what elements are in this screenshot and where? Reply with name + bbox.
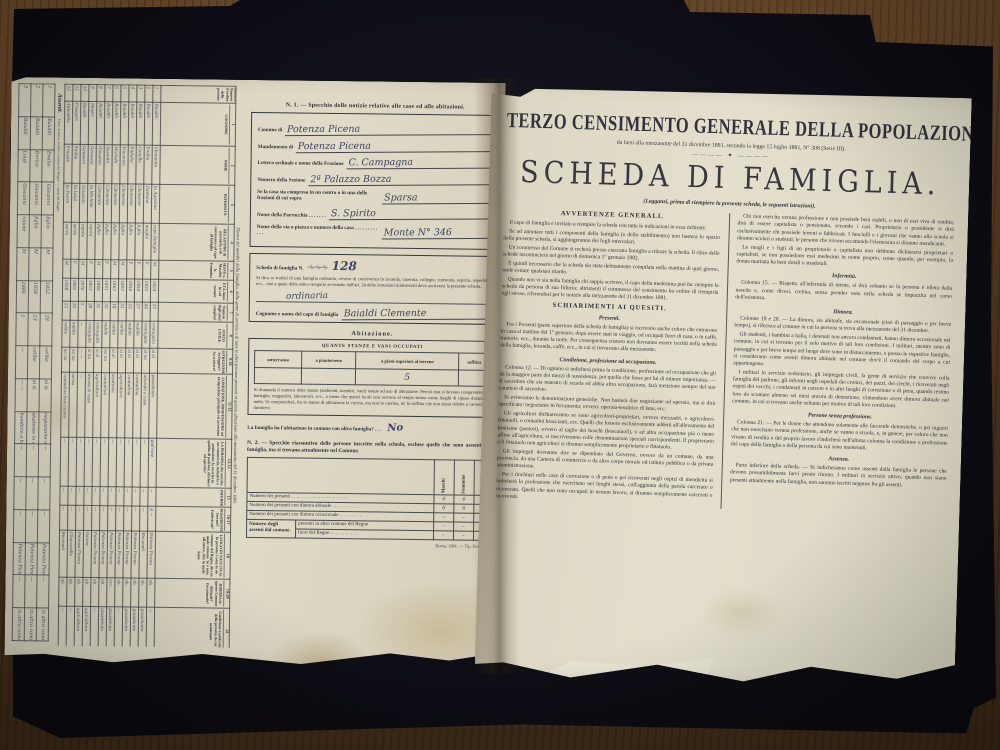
assenti-table: 1BaialdiEmilioGiovannifiglioM185228celib… [12,83,56,641]
census-row: 1BaialdiEmilioGiovannifiglioM185228celib… [36,84,55,641]
field-label: Nome della Parrocchia . . . . . . . [257,212,326,219]
census-row: 7BaialdiAssuntaClementefigliaF185130nubi… [98,85,113,648]
instruction-paragraph: Per i rinchiusi nelle case di correzione… [496,471,713,506]
instructions-right-column: Chi non esercita veruna professione e no… [720,213,954,515]
form-field: Comune diPotenza Picena [258,123,492,136]
instruction-paragraph: Gli impiegati dovranno dire se dipendono… [497,448,714,476]
instruction-paragraph: Il capo di famiglia è invitato a riempir… [504,219,721,233]
instruction-paragraph: Se ad annotare tutti i componenti della … [503,228,720,249]
census-row: 10BaialdiGennaroGiovanninipoteM18765—— —… [74,84,89,647]
n2-heading: N. 2. — Specchio riassuntivo delle perso… [247,440,495,457]
field-handwritten-value: C. Campagna [347,158,492,169]
n2-row: Numero dei presenti con dimora occasiona… [247,510,494,522]
census-header-row: Numero d'ordine delle persone1COGNOME2NO… [154,85,236,647]
scheda-struck-handwriting: ∿∿∿ [308,263,328,272]
n1-heading: N. 1. — Specchio delle notizie relative … [251,102,499,111]
census-row: 2BaialdiEmiliaGaetanomoglieF183546coniug… [138,85,153,648]
n2-header-row: Maschi Femmine Totale [247,457,494,495]
abitazione-box: QUANTE STANZE E VANI OCCUPATI sotterrane… [247,338,496,418]
field-handwritten-value: Potenza Picena [296,141,492,153]
form-field: Mandamento diPotenza Picena [258,140,492,153]
census-column-header: 7Numero degli anni compiuti [158,302,233,322]
form-field: Se la casa sia compresa in un centro o i… [257,189,491,204]
instruction-paragraph: Quando non vi sia nella famiglia chi sap… [502,276,719,304]
scheda-di-famiglia-title: SCHEDA DI FAMIGLIA. [505,155,956,203]
instruction-paragraph: Fra i Presenti (parte superiore della sc… [500,321,717,356]
census-column-header: 2NOME [160,145,235,185]
house-info-box: Comune diPotenza PicenaMandamento diPote… [250,112,500,250]
capo-famiglia-value: Baialdi Clemente [341,308,489,319]
form-field: Nome della via o piazza e numero della c… [257,224,491,239]
n2-assenti-row-estero: fuori del Regno . . . . . . . . . . . – … [246,528,493,540]
n2-col-maschi: Maschi [434,460,454,495]
field-handwritten-value: 2ª Palazzo Bozza [308,174,491,185]
field-label: Comune di [258,127,282,134]
coabitazione-line: La famiglia ha l'abitazione in comune co… [247,421,495,435]
census-masthead-title: TERZO CENSIMENTO GENERALE DELLA POPOLAZI… [507,107,958,146]
instruction-heading: AVVERTENZE GENERALI. [504,208,721,221]
instruction-paragraph: Colonna 21. — Per le donne che attendono… [731,419,948,454]
categoria-answer: ordinaria [286,287,490,302]
census-row: 4BaialdiEudaliaClementefigliaF185625nubi… [122,85,137,648]
rotated-census-table: Elenco dei membri della famiglia, della … [11,83,244,648]
capo-famiglia-label: Cognome e nome del capo di famiglia [256,311,339,318]
census-row: 12AbbondioErnestofu PietroservoM185823ce… [58,84,73,648]
census-column-header: 3PATERNITÀ [159,184,234,224]
n2-col-femmine: Femmine [454,460,474,495]
n2-assenti-regno-label: presenti in altro comune del Regno [296,520,434,531]
photo-scene: Elenco dei membri della famiglia, della … [0,0,1000,750]
scheda-box: Scheda di famiglia N. ∿∿∿ 128 Si dica se… [249,253,498,325]
instruction-paragraph: È quindi necessario che la scheda sia st… [502,260,719,281]
census-column-header: 18LUOGO DI NASCITA Se la persona è nata … [155,531,231,579]
instruction-paragraph: Chi non esercita veruna professione e no… [737,213,954,248]
right-sheet: TERZO CENSIMENTO GENERALE DELLA POPOLAZI… [474,84,971,690]
instruction-heading: Persone senza professione. [732,410,949,422]
census-column-header: 4RELAZIONE di parentela o di convivenza … [159,223,234,261]
census-row: 8BaialdiGiovanniClementefiglioM184932con… [90,85,105,648]
census-table-title: Elenco dei membri della famiglia, della … [231,90,243,642]
stanze-col-sotterraneo: sotterraneo [255,351,302,369]
form-section-n1: N. 1. — Specchio delle notizie relative … [246,102,499,549]
stanze-value-pianterreno [301,368,356,385]
census-row: 2BaialdiEnricoGiovannifiglioM185823celib… [24,84,43,641]
instructions-left-column: AVVERTENZE GENERALI.Il capo di famiglia … [496,206,729,508]
census-column-header: 21Condizione o professione della persona… [154,607,230,648]
instruction-paragraph: Gli studenti, i bambini a balia, i deten… [733,331,950,374]
census-row: 9MeyerGervasiafu MichelenuoraF185328coni… [82,84,97,647]
assenti-note: Dove si trova: in altro comune del Regno… [56,119,61,211]
census-column-header: 19-20DIMORA in questo Comune Abituale? O… [155,578,230,608]
left-sheet: Elenco dei membri della famiglia, della … [4,77,505,667]
census-masthead-subtitle: da farsi alla mezzanotte del 31 dicembre… [506,136,956,155]
census-row: 3BaialdiLuigiGiovanninipoteM18801—— —bam… [12,84,31,641]
field-label: Mandamento di [258,144,293,151]
census-column-header: 9-10ISTRUZIONE Sa leggere? Sa scrivere? [157,348,232,374]
instruction-heading: Infermità. [736,271,953,283]
instruction-paragraph: Si eviteranno le denominazioni generiche… [498,394,715,415]
printer-imprint: Roma, 1881. — Tip. Eredi Botta. [246,541,494,549]
coabitazione-answer: No [387,423,403,435]
instruction-heading: Presenti. [501,312,718,324]
n2-row: Numero dei presenti . . . . . . . . . . … [247,492,494,504]
instruction-heading: SCHIARIMENTI AI QUESITI. [501,300,718,313]
census-column-header: 6ETÀ Anno in cui nacque [158,279,233,303]
instruction-heading: Assenza. [730,453,947,465]
census-row: 6BaialdiMicheleClementefiglioM186318celi… [106,85,121,648]
census-row: 5BaialdiVincenzoClementefiglioM185031cel… [114,85,129,648]
n2-assenti-group-label: Numero degli assenti dal comune. [246,519,295,538]
instruction-paragraph: Colonna 15. — Rispetto all'infermità di … [735,280,952,308]
form-field: Numero della Sezione2ª Palazzo Bozza [257,173,491,186]
field-label: Lettera ordinale e nome della Frazione [258,160,344,167]
stanze-values-row: 5 [254,368,489,387]
field-handwritten-value: Potenza Picena [285,124,492,136]
n2-summary-table: Maschi Femmine Totale Numero dei present… [246,457,495,541]
stanze-col-piani-superiori: a piani superiori al terreno [356,352,459,370]
n2-assenti-estero-label: fuori del Regno . . . . . . . . . . . [295,529,433,540]
field-handwritten-value: Monte N° 346 [381,228,490,239]
stanze-value-piani-superiori: 5 [356,369,459,386]
n2-row: Numero dei presenti con dimora abituale … [247,501,494,513]
census-column-header: 11-12CONDIZIONE, PROFESSIONE od occupazi… [157,373,233,439]
instruction-paragraph: Colonne 19 e 20. — La dimora, sia abitua… [734,315,951,336]
instruction-paragraph: Gli agricoltori dichiareranno se sono ag… [497,410,714,453]
census-row: 11ProsperiEmiliafu LuigiservaF186120nubi… [66,84,81,648]
form-field: Nome della Parrocchia . . . . . . .S. Sp… [257,207,491,220]
categoria-question: Si dica se trattisi di una famiglia ordi… [256,275,490,289]
coabitazione-question: La famiglia ha l'abitazione in comune co… [247,425,381,433]
census-column-header: 1COGNOME [160,102,236,146]
instruction-paragraph: Parte inferiore della scheda. — Si indic… [730,462,947,490]
scheda-instructions-note: (Leggansi, prima di riempiere la present… [505,194,955,213]
census-column-header: Numero d'ordine delle persone [161,85,236,103]
census-column-header: 15INFERMITÀ [156,487,231,507]
n2-assenti-row-regno: Numero degli assenti dal comune. present… [247,519,494,531]
stanze-note: Si domanda il numero delle stanze (ambie… [254,387,490,413]
field-label: Nome della via o piazza e numero della c… [257,224,379,238]
abitazione-heading: Abitazione. [248,329,496,339]
scheda-number-value: 128 [332,259,357,273]
stanze-caption: QUANTE STANZE E VANI OCCUPATI [254,343,490,351]
instruction-heading: Condizione, professione od occupazione. [500,355,717,367]
census-column-header: 8STATO CIVILE [158,321,233,349]
ornament-divider: ———— ✦ ———— [506,145,956,165]
census-row: 1BaialdiClementefu Agostinocapo famiglia… [146,85,161,648]
stanze-col-pianterreno: a pianterreno [301,351,356,369]
census-column-header: 5SESSO a. Maschio b. Femmina [159,260,234,280]
instruction-paragraph: I militari in servizio sedentario, gli i… [732,369,949,412]
field-handwritten-value: S. Spirito [329,209,491,220]
stanze-header-row: sotterraneo a pianterreno a piani superi… [255,351,490,371]
scheda-number-label: Scheda di famiglia N. [256,265,303,272]
census-row: 3BaialdiCamillaClementefigliaF185427nubi… [130,85,145,648]
census-table: Numero d'ordine delle persone1COGNOME2NO… [58,84,237,648]
instruction-paragraph: Un commesso del Comune si recherà presso… [503,244,720,265]
instruction-heading: Dimora. [735,306,952,318]
instruction-paragraph: Le mogli e i figli di un proprietario o … [736,244,953,272]
field-label: Se la casa sia compresa in un centro o i… [257,189,379,203]
census-column-header: 16-17POSSIDENTE Terreni? Fabbricati? [156,506,231,532]
assenti-label: Assenti. [56,94,62,114]
field-handwritten-value: Sparsa [382,193,491,204]
instruction-paragraph: Colonna 12. — Di ognuno si indicherà pri… [499,364,716,399]
assenti-divider: Assenti. Dove si trova: in altro comune … [50,94,63,644]
n2-header-spacer [247,457,434,494]
stanze-table: sotterraneo a pianterreno a piani superi… [254,350,490,387]
census-column-header: 13-14LA PERSONA che esercita un commerci… [156,438,232,488]
stanze-value-sotterraneo [254,368,301,385]
form-field: Lettera ordinale e nome della FrazioneC.… [258,156,492,169]
field-label: Numero della Sezione [257,177,305,184]
